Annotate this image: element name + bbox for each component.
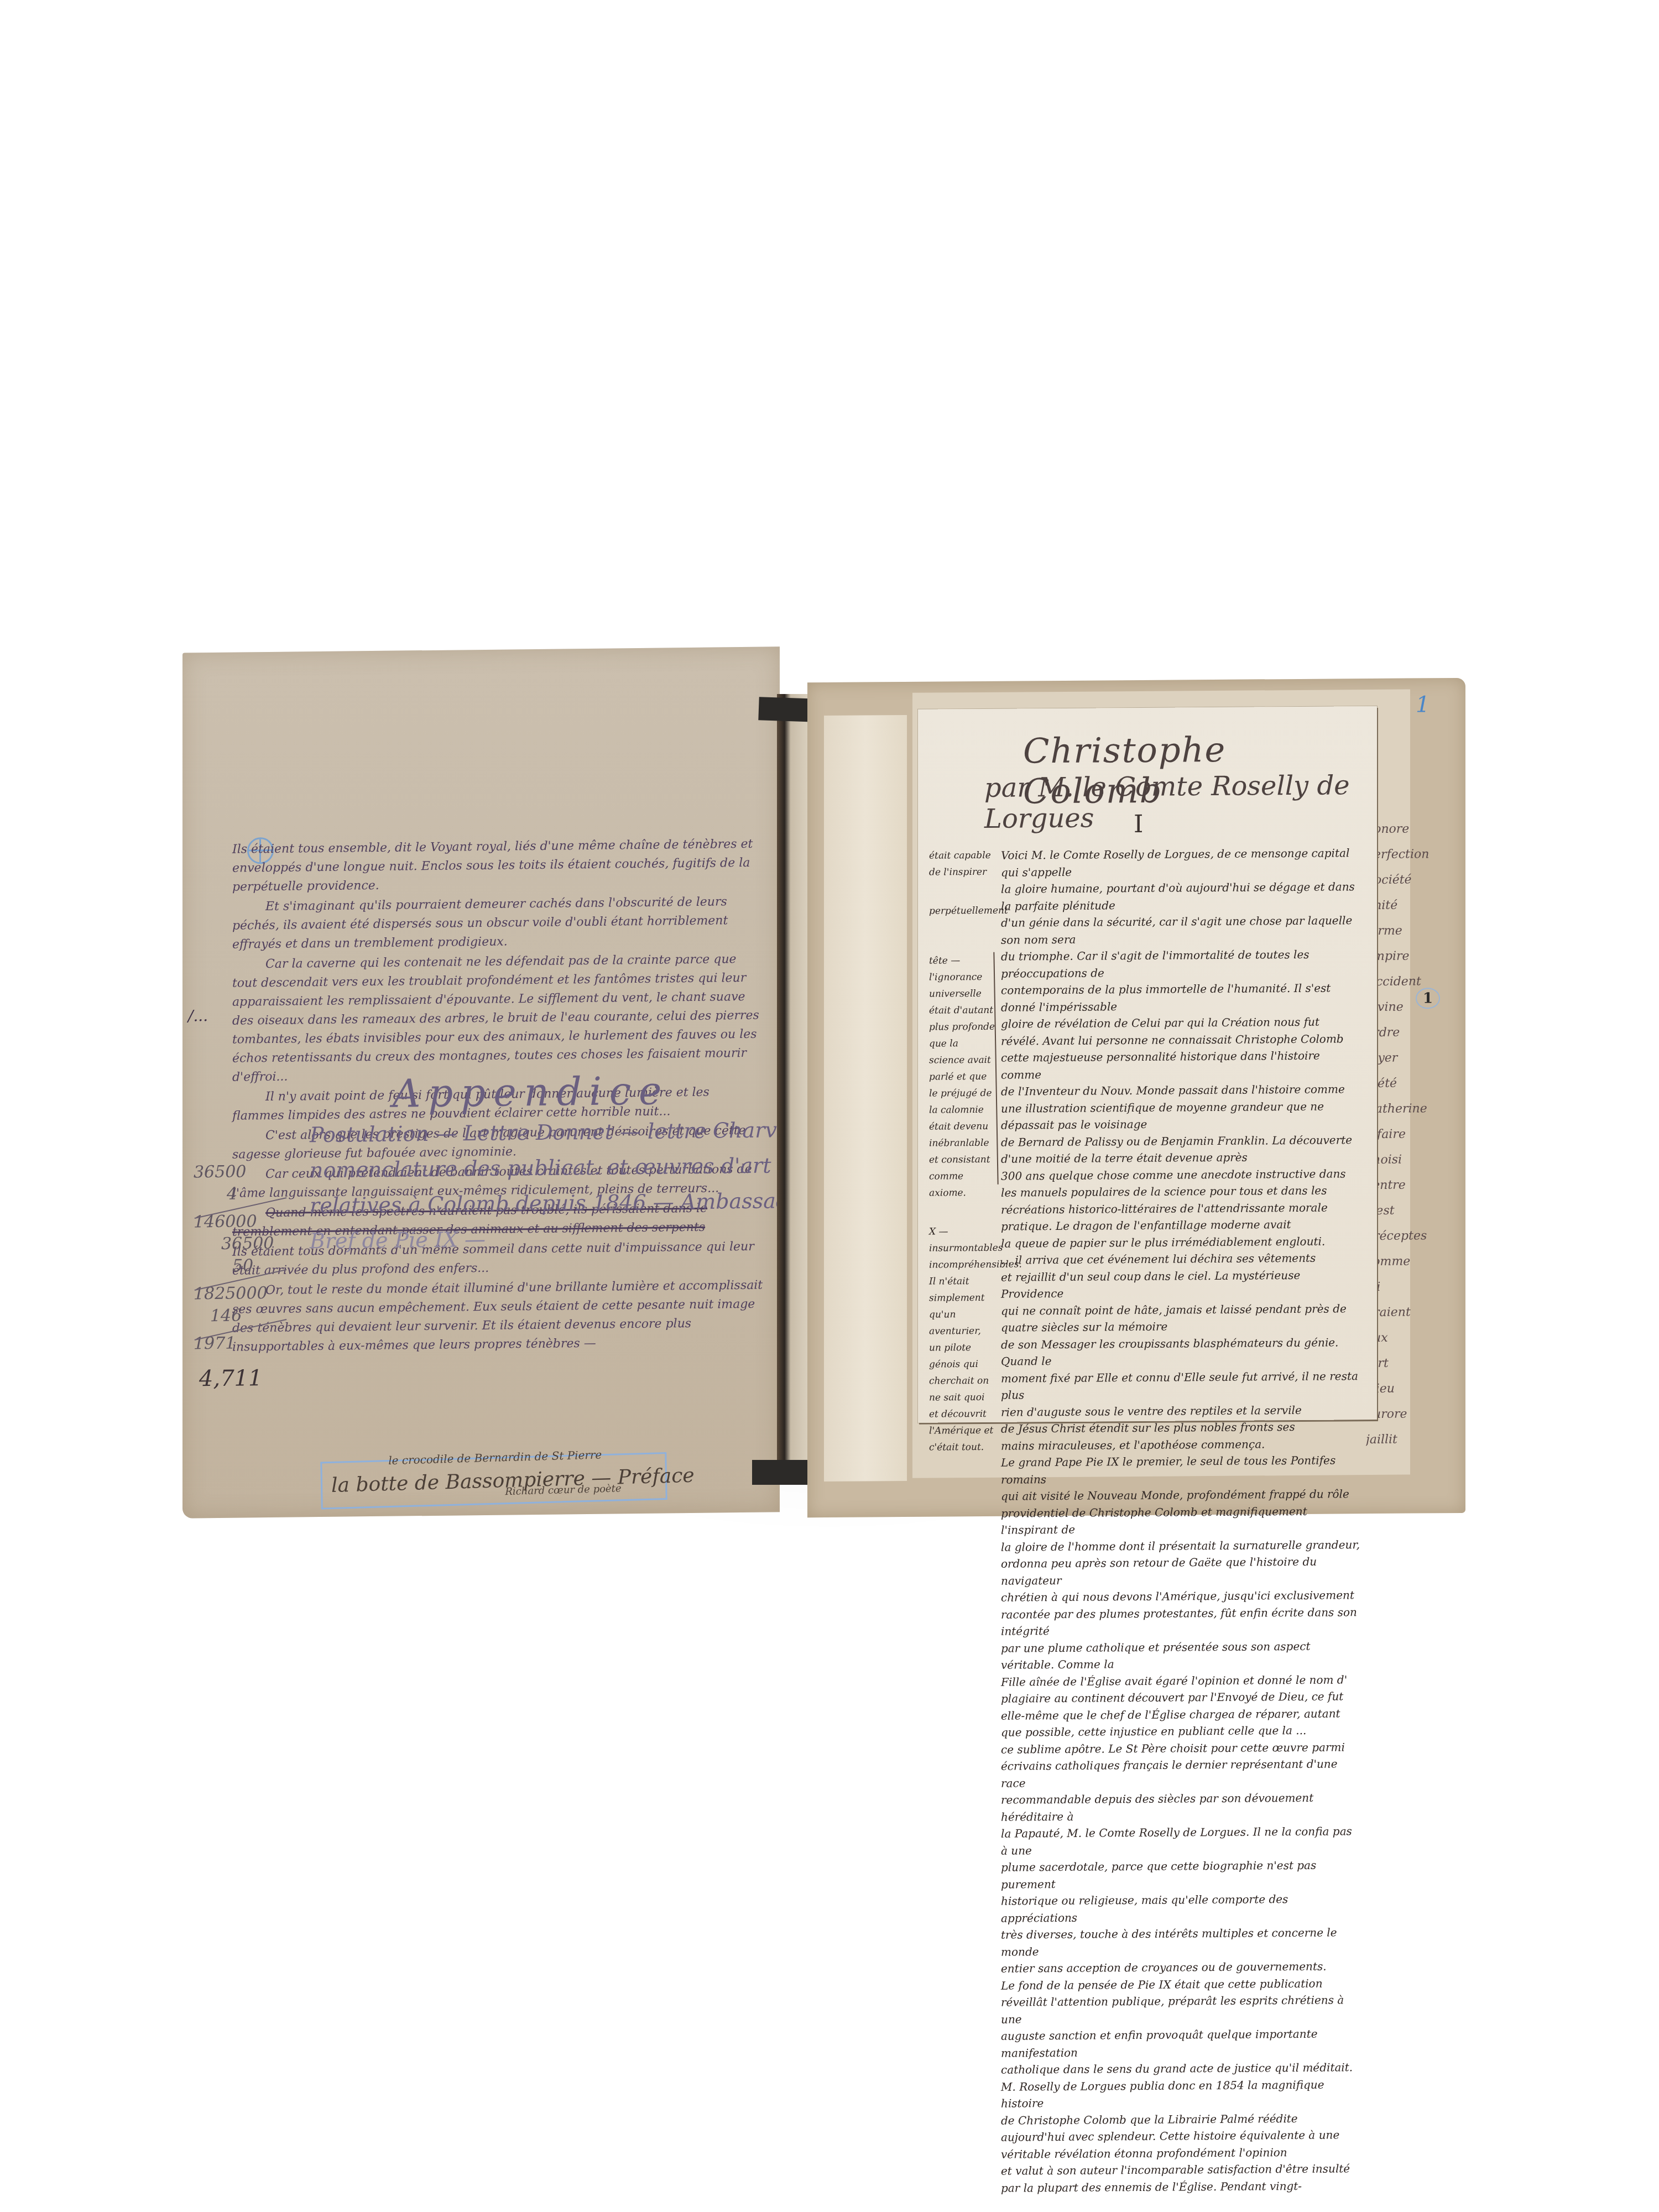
body-line: auguste sanction et enfin provoquât quel… (1001, 2025, 1360, 2062)
margin-note: perpétuellement (929, 902, 995, 920)
body-line: qui ait visité le Nouveau Monde, profond… (1001, 1485, 1360, 1505)
margin-note: tête — l'ignorance universelle était d'a… (929, 952, 995, 1202)
body-line: pratique. Le dragon de l'enfantillage mo… (1001, 1215, 1360, 1235)
margin-note: X — insurmontables incompréhensibles. Il… (929, 1223, 995, 1456)
manuscript-author: par M. le Comte Roselly de Lorgues (984, 770, 1377, 834)
body-line: de l'Inventeur du Nouv. Monde passait da… (1001, 1081, 1360, 1100)
tally-mark: 4,711 (199, 1365, 263, 1391)
calc-number: 1971 (194, 1332, 288, 1355)
body-line: une illustration scientifique de moyenne… (1001, 1098, 1360, 1134)
circled-footnote-marker: 1 (1416, 988, 1440, 1009)
margin-fragment: jaillit (1366, 1427, 1438, 1453)
appendix-line: relatives à Colomb depuis 1846 — Ambassa… (310, 1182, 849, 1223)
body-line: contemporains de la plus immortelle de l… (1001, 979, 1360, 1016)
chapter-number: I (1134, 810, 1143, 838)
box-note-above: le crocodile de Bernardin de St Pierre (388, 1448, 602, 1467)
box-note-below: Richard cœur de poète (505, 1483, 621, 1498)
body-line: Le grand Pape Pie IX le premier, le seul… (1001, 1452, 1360, 1488)
body-line: mains miraculeuses, et l'apothéose comme… (1001, 1435, 1360, 1454)
pencil-calculations: 36500 4 146000 36500 50 1825000 146 1971 (194, 1161, 288, 1355)
body-line: rien d'auguste sous le ventre des reptil… (1001, 1401, 1360, 1421)
calc-number: 4 (227, 1183, 288, 1206)
body-line: gloire de révélation de Celui par qui la… (1001, 1013, 1360, 1032)
book-spine (777, 694, 807, 1479)
body-line: Le fond de la pensée de Pie IX était que… (1001, 1975, 1360, 1994)
body-line: moment fixé par Elle et connu d'Elle seu… (1001, 1368, 1360, 1404)
body-line: cette majestueuse personnalité historiqu… (1001, 1047, 1360, 1083)
left-paragraph: Et s'imaginant qu'ils pourraient demeure… (232, 893, 763, 954)
body-line: par la plupart des ennemis de l'Église. … (1001, 2177, 1360, 2197)
left-paragraph: Ils étaient tous ensemble, dit le Voyant… (232, 835, 763, 897)
body-line: les manuels populaires de la science pou… (1001, 1182, 1360, 1201)
left-paragraph: Or, tout le reste du monde était illumin… (232, 1276, 763, 1357)
body-line: de Jésus Christ étendit sur les plus nob… (1001, 1418, 1360, 1437)
left-paragraph: Car la caverne qui les contenait ne les … (232, 950, 763, 1087)
body-line: par une plume catholique et présentée so… (1001, 1637, 1360, 1674)
body-line: de Bernard de Palissy ou de Benjamin Fra… (1001, 1131, 1360, 1151)
body-line: de Christophe Colomb que la Librairie Pa… (1001, 2110, 1360, 2129)
body-line: écrivains catholiques français le dernie… (1001, 1755, 1360, 1792)
right-page: 1 honore perfection Société unité forme … (807, 678, 1465, 1517)
spine-tape-bottom (752, 1460, 807, 1485)
body-line: plagiaire au continent découvert par l'E… (1001, 1688, 1360, 1707)
body-line: véritable révélation étonna profondément… (1001, 2143, 1360, 2163)
body-line: d'un génie dans la sécurité, car il s'ag… (1001, 912, 1360, 948)
body-line: aujourd'hui avec splendeur. Cette histoi… (1001, 2126, 1360, 2146)
body-line: catholique dans le sens du grand acte de… (1001, 2059, 1360, 2078)
body-line: historique ou religieuse, mais qu'elle c… (1001, 1890, 1360, 1927)
calc-number: 50 (232, 1255, 288, 1277)
body-line: la gloire humaine, pourtant d'où aujourd… (1001, 878, 1360, 915)
body-line: très diverses, touche à des intérêts mul… (1001, 1924, 1360, 1960)
margin-ellipsis-mark: /... (188, 1006, 208, 1025)
body-line: elle-même que le chef de l'Église charge… (1001, 1705, 1360, 1724)
calc-number: 36500 (194, 1161, 288, 1184)
body-line: du triomphe. Car il s'agit de l'immortal… (1001, 946, 1360, 982)
calc-number: 146 (210, 1305, 288, 1327)
calc-number: 36500 (221, 1233, 288, 1255)
margin-note: était capable de l'inspirer (929, 847, 995, 881)
body-line: et rejaillit d'un seul coup dans le ciel… (1001, 1266, 1360, 1303)
body-line: la gloire de l'homme dont il présentait … (1001, 1536, 1360, 1556)
body-line: Fille aînée de l'Église avait égaré l'op… (1001, 1671, 1360, 1691)
body-line: récréations historico-littéraires de l'a… (1001, 1199, 1360, 1218)
manuscript-margin-notes: était capable de l'inspirer perpétuellem… (929, 847, 995, 1456)
body-line: réveillât l'attention publique, préparât… (1001, 1991, 1360, 2028)
body-line: ... il arriva que cet événement lui déch… (1001, 1249, 1360, 1269)
body-line: d'une moitié de la terre était devenue a… (1001, 1148, 1360, 1167)
body-line: racontée par des plumes protestantes, fû… (1001, 1604, 1360, 1640)
manuscript-sheet: Christophe Colomb par M. le Comte Rosell… (918, 706, 1377, 1423)
manuscript-body: Voici M. le Comte Roselly de Lorgues, de… (1001, 844, 1360, 2197)
left-page: /... Ils étaient tous ensemble, dit le V… (182, 646, 780, 1518)
appendix-line: Postulation — Lettre Donnet — lettre Cha… (310, 1112, 849, 1152)
body-line: chrétien à qui nous devons l'Amérique, j… (1001, 1587, 1360, 1606)
body-line: plume sacerdotale, parce que cette biogr… (1001, 1856, 1360, 1893)
calc-number: 146000 (194, 1211, 288, 1234)
body-line: qui ne connaît point de hâte, jamais et … (1001, 1300, 1360, 1337)
body-line: ce sublime apôtre. Le St Père choisit po… (1001, 1739, 1360, 1758)
body-line: 300 ans quelque chose comme une anecdote… (1001, 1165, 1360, 1185)
body-line: que possible, cette injustice en publian… (1001, 1721, 1360, 1741)
body-line: entier sans acception de croyances ou de… (1001, 1958, 1360, 1977)
blue-pencil-box: le crocodile de Bernardin de St Pierre l… (320, 1452, 667, 1509)
body-line: ordonna peu après son retour de Gaëte qu… (1001, 1553, 1360, 1589)
body-line: et valut à son auteur l'incomparable sat… (1001, 2160, 1360, 2179)
body-line: M. Roselly de Lorgues publia donc en 185… (1001, 2076, 1360, 2112)
page-number: 1 (1416, 692, 1430, 717)
appendix-note: Appendice Postulation — Lettre Donnet — … (310, 1066, 849, 1259)
appendix-line: nomenclature des publicat. et œuvres d'a… (310, 1147, 849, 1188)
body-line: providentiel de Christophe Colomb et mag… (1001, 1503, 1360, 1539)
tissue-guard (824, 715, 907, 1481)
body-line: révélé. Avant lui personne ne connaissai… (1001, 1030, 1360, 1050)
body-line: de son Messager les croupissants blasphé… (1001, 1334, 1360, 1370)
appendix-line: Bref de Pie IX — (310, 1218, 849, 1259)
body-line: la Papauté, M. le Comte Roselly de Lorgu… (1001, 1823, 1360, 1859)
body-line: Voici M. le Comte Roselly de Lorgues, de… (1001, 844, 1360, 881)
body-line: la queue de papier sur le plus irrémédia… (1001, 1233, 1360, 1252)
body-line: recommandable depuis des siècles par son… (1001, 1789, 1360, 1825)
calc-number: 1825000 (194, 1282, 288, 1306)
